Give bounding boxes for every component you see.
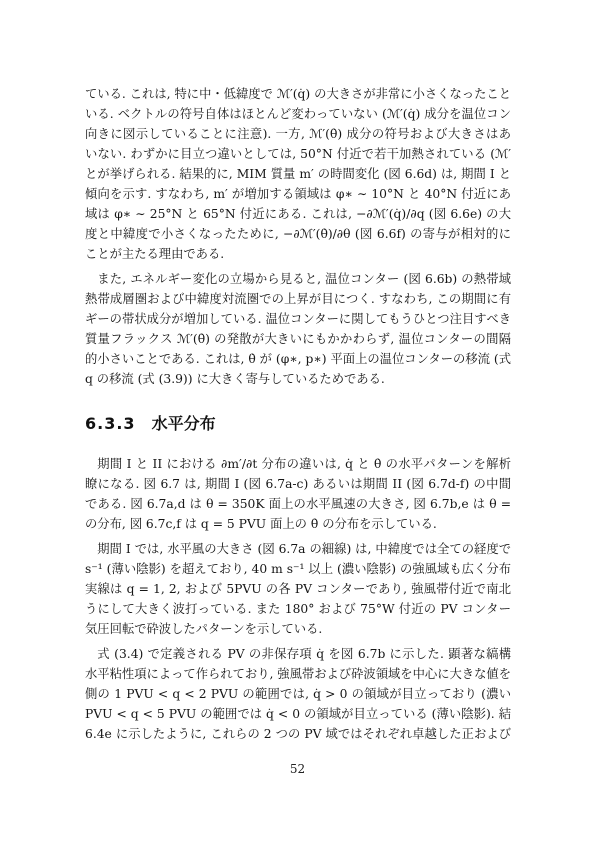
page-number: 52 [0,762,595,776]
text-line: 気圧回転で砕波したパターンを示している. [85,619,511,639]
text-line: ことが主たる理由である. [85,244,511,264]
text-line: PVU < q < 5 PVU の範囲では q̇ < 0 の領域が目立っている … [85,704,511,724]
text-line: 度と中緯度で小さくなったために, −∂ℳ′(θ̇)/∂θ (図 6.6f) の寄… [85,224,511,244]
text-line: 側の 1 PVU < q < 2 PVU の範囲では, q̇ > 0 の領域が目… [85,684,511,704]
document-page: ている. これは, 特に中・低緯度で ℳ′(q̇) の大きさが非常に小さくなった… [0,0,595,842]
text-line: 期間 I では, 水平風の大きさ (図 6.7a の細線) は, 中緯度では全て… [85,539,511,559]
text-line: の分布, 図 6.7c,f は q = 5 PVU 面上の θ̇ の分布を示して… [85,514,511,534]
text-line: いない. わずかに目立つ違いとしては, 50°N 付近で若干加熱されている (ℳ… [85,144,511,164]
text-line: 水平粘性項によって作られており, 強風帯および砕波領域を中心に大きな値を示す. … [85,664,511,684]
section-number: 6.3.3 [85,414,136,433]
text-line: である. 図 6.7a,d は θ = 350K 面上の水平風速の大きさ, 図 … [85,494,511,514]
text-line: いる. ベクトルの符号自体はほとんど変わっていない (ℳ′(q̇) 成分を温位コ… [85,104,511,124]
text-line: 式 (3.4) で定義される PV の非保存項 q̇ を図 6.7b に示した.… [85,644,511,664]
paragraph-period-comparison: 期間 I と II における ∂m′/∂t 分布の違いは, q̇ と θ̇ の水… [85,454,511,534]
text-line: また, エネルギー変化の立場から見ると, 温位コンター (図 6.6b) の熱帯… [85,269,511,289]
text-line: とが挙げられる. 結果的に, MIM 質量 m′ の時間変化 (図 6.6d) … [85,164,511,184]
text-line: 域は φ∗ ∼ 25°N と 65°N 付近にある. これは, −∂ℳ′(q̇)… [85,204,511,224]
text-line: ギーの帯状成分が増加している. 温位コンターに関してもうひとつ注目すべき点は, … [85,309,511,329]
text-line: 的小さいことである. これは, θ̇ が (φ∗, p∗) 平面上の温位コンター… [85,349,511,369]
text-line: 実線は q = 1, 2, および 5PVU の各 PV コンターであり, 強風… [85,579,511,599]
text-line: 期間 I と II における ∂m′/∂t 分布の違いは, q̇ と θ̇ の水… [85,454,511,474]
text-line: ている. これは, 特に中・低緯度で ℳ′(q̇) の大きさが非常に小さくなった… [85,84,511,104]
text-line: 向きに図示していることに注意). 一方, ℳ′(θ̇) 成分の符号および大きさは… [85,124,511,144]
text-line: 熱帯成層圏および中緯度対流圏での上昇が目につく. すなわち, この期間に有効位置… [85,289,511,309]
text-line: 瞭になる. 図 6.7 は, 期間 I (図 6.7a-c) あるいは期間 II… [85,474,511,494]
text-line: q の移流 (式 (3.9)) に大きく寄与しているためである. [85,369,511,389]
text-line: うにして大きく波打っている. また 180° および 75°W 付近の PV コ… [85,599,511,619]
paragraph-pv-nonconservation: 式 (3.4) で定義される PV の非保存項 q̇ を図 6.7b に示した.… [85,644,511,744]
text-line: s⁻¹ (薄い陰影) を超えており, 40 m s⁻¹ 以上 (濃い陰影) の強… [85,559,511,579]
text-line: 6.4e に示したように, これらの 2 つの PV 域ではそれぞれ卓越した正お… [85,724,511,744]
section-heading: 6.3.3水平分布 [85,413,511,435]
text-line: 質量フラックス ℳ′(θ̇) の発散が大きいにもかかわらず, 温位コンターの間隔… [85,329,511,349]
text-block: ている. これは, 特に中・低緯度で ℳ′(q̇) の大きさが非常に小さくなった… [85,84,511,749]
section-title: 水平分布 [152,414,216,433]
paragraph-period1-wind: 期間 I では, 水平風の大きさ (図 6.7a の細線) は, 中緯度では全て… [85,539,511,639]
paragraph-continuation: ている. これは, 特に中・低緯度で ℳ′(q̇) の大きさが非常に小さくなった… [85,84,511,264]
text-line: 傾向を示す. すなわち, m′ が増加する領域は φ∗ ∼ 10°N と 40°… [85,184,511,204]
paragraph-energy: また, エネルギー変化の立場から見ると, 温位コンター (図 6.6b) の熱帯… [85,269,511,389]
